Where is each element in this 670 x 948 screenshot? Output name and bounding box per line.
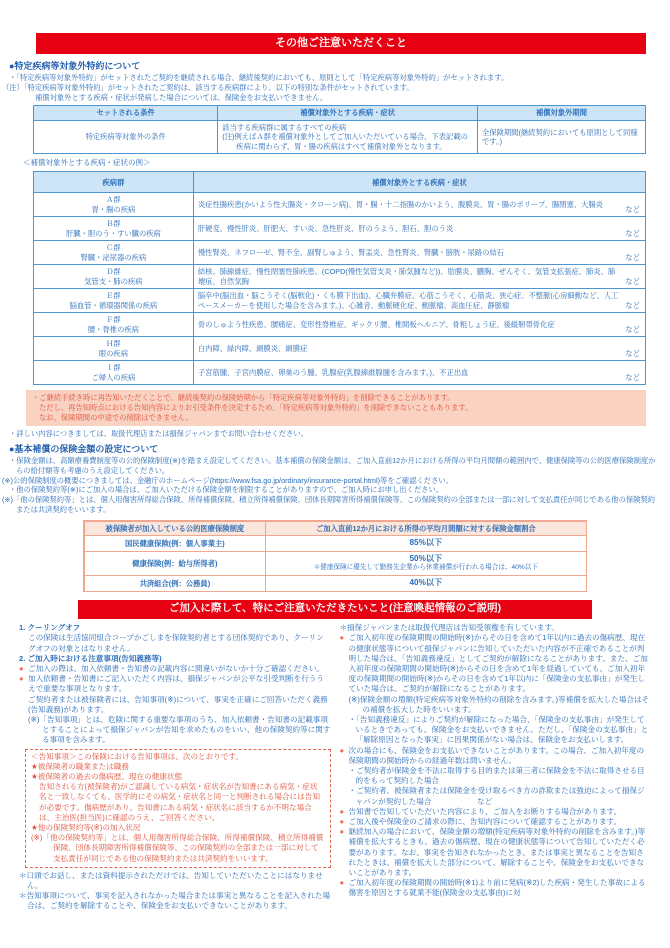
disease-row: Ｆ群 腰・脊椎の疾病 骨のしゅよう性疾患、腰痛症、変形性脊椎症、ギックリ腰、椎間… — [34, 312, 645, 336]
section1-line3: 補償対象外とする疾病・症状が発病した場合については、保険金をお支払いできません。 — [9, 93, 661, 103]
ratio-note: ＊健康保険に優先して勤務先企業から休業補償が行われる場合は、40%以下 — [314, 564, 538, 573]
example-label: ＜補償対象外とする疾病・症状の例＞ — [23, 157, 661, 168]
bullet-icon: ● — [340, 878, 345, 888]
section1-heading: ●特定疾病等対象外特約について — [9, 59, 661, 72]
page-title-banner: その他ご注意いただくこと — [36, 33, 646, 54]
ratio-row: 国民健康保険(例：個人事業主) 85%以下 — [84, 535, 586, 551]
disease-etc-suffix: など — [625, 373, 640, 382]
disease-etc-suffix: など — [625, 301, 640, 310]
section2-line3: ・他の保険契約等(※)にご加入の場合は、ご加入いただける保険金額を制限することが… — [9, 485, 661, 495]
renewal-notice-line2: ただし、再告知時点における告知内容によりお引受条件を決定するため、「特定疾病等対… — [32, 403, 640, 413]
disease-group-cell: Ｄ群 気管支・肺の疾病 — [34, 265, 193, 288]
disease-group-category: 胃・腸の疾病 — [92, 205, 136, 214]
right-note-1: (※)保険金額の増額(特定疾病等対象外特約の削除を含みます。)等補償を拡大した場… — [340, 695, 652, 715]
disclosure-star-3-note: (※)「他の保険契約等」とは、個人用傷害所得総合保険、所得補償保険、積立所得補償… — [31, 833, 325, 864]
disease-table-header: 疾病群 補償対象外とする疾病・症状 — [34, 172, 645, 192]
disease-group-cell: Ｃ群 腎臓・泌尿器の疾病 — [34, 241, 193, 264]
right-bullet-2: ●次の場合にも、保険金をお支払いできないことがあります。この場合、ご加入初年度の… — [340, 746, 652, 766]
ratio-cell: 40%以下 — [265, 576, 586, 591]
disease-group-cell: Ｂ群 肝臓・胆のう・すい臓の疾病 — [34, 217, 193, 240]
scope-cell: 該当する疾病群に属するすべての疾病 (注)例えばＡ群を補償対象外としてご加入いた… — [217, 121, 477, 153]
right-dash-2: ・ご契約者が保険金を不法に取得する目的または第三者に保険金を不法に取得させる目的… — [340, 766, 652, 786]
disease-group-cell: Ｅ群 脳血管・循環器関係の疾病 — [34, 289, 193, 312]
disclosure-star-1: ★被保険者の職業または職務 — [31, 762, 325, 772]
ratio-value: 40%以下 — [409, 578, 442, 589]
disease-row: Ｄ群 気管支・肺の疾病 結核、肺線維症、慢性閉塞性肺疾患、(COPD(慢性気管支… — [34, 264, 645, 288]
disease-group-category: 腎臓・泌尿器の疾病 — [81, 253, 147, 262]
section1-line2: （注）「特定疾病等対象外特約」がセットされたご契約は、該当する疾病群により、以下… — [9, 83, 661, 93]
caution-banner: ご加入に際して、特にご注意いただきたいこと(注意喚起情報のご説明) — [78, 600, 592, 620]
ratio-row: 共済組合(例：公務員) 40%以下 — [84, 575, 586, 591]
disease-list-text: 慢性腎炎、ネフローゼ、腎不全、副腎しゅよう、腎盂炎、急性腎炎、腎臓・膀胱・尿路の… — [198, 248, 621, 257]
right-bullet-4: ●ご加入後や保険金のご請求の際に、告知内容について確認することがあります。 — [340, 817, 652, 827]
system-cell: 健康保険(例：給与所得者) — [84, 552, 265, 575]
insurance-ratio-table: 被保険者が加入している公的医療保険制度 ご加入直前12か月における所得の平均月間… — [83, 520, 587, 592]
disease-list-cell: 骨のしゅよう性疾患、腰痛症、変形性脊椎症、ギックリ腰、椎間板ヘルニア、骨粗しょう… — [193, 313, 645, 336]
right-bullet-5-text: 継続加入の場合において、保険金額の増額(特定疾病等対象外特約の削除を含みます。)… — [349, 827, 646, 877]
condition-header-cell: セットされる条件 — [34, 106, 217, 119]
caution-columns: 1. クーリングオフ この保険は生活協同組合コープかごしまを保険契約者とする団体… — [9, 623, 661, 911]
disease-etc-suffix: など — [625, 325, 640, 334]
left-bullet-1-text: ご加入の際は、加入依頼書・告知書の記載内容に間違いがないか十分ご確認ください。 — [28, 664, 324, 673]
disease-list-cell: 脳卒中(脳出血・脳こうそく(脳軟化)・くも膜下出血)、心臓弁膜症、心筋こうそく、… — [193, 289, 645, 312]
condition-table: セットされる条件 補償対象外とする疾病・症状 補償対象外期間 特定疾病等対象外の… — [33, 105, 646, 154]
disease-group-label: Ｉ群 — [106, 363, 121, 372]
ratio-value: 50%以下 — [409, 554, 442, 565]
ratio-table-body: 国民健康保険(例：個人事業主) 85%以下 健康保険(例：給与所得者) 50%以… — [84, 535, 586, 591]
section2-line4: (※)「他の保険契約等」とは、個人用傷害所得総合保険、所得補償保険、積立所得補償… — [9, 495, 661, 515]
disease-group-label: Ｆ群 — [106, 315, 121, 324]
disease-group-label: Ｄ群 — [106, 267, 121, 276]
disease-group-label: Ａ群 — [106, 195, 121, 204]
left-bullet-1: ●ご加入の際は、加入依頼書・告知書の記載内容に間違いがないか十分ご確認ください。 — [19, 664, 331, 674]
system-header-cell: 被保険者が加入している公的医療保険制度 — [84, 522, 265, 535]
left-bullet-2-text: 加入依頼書・告知書にご記入いただく内容は、損保ジャパンが公平な引受判断を行ううえ… — [28, 674, 324, 693]
bullet-icon: ● — [340, 746, 345, 756]
disease-row: Ｉ群 ご婦人の疾病 子宮筋腫、子宮内膜症、卵巣のう腫、乳腺症(乳腺線維腺腫を含み… — [34, 360, 645, 384]
period-cell: 全保険期間(継続契約においても原則として同様です。) — [477, 121, 645, 153]
right-bullet-5: ●継続加入の場合において、保険金額の増額(特定疾病等対象外特約の削除を含みます。… — [340, 827, 652, 878]
disease-list-text: 炎症性腸疾患(かいよう性大腸炎・クローン病)、胃・腸・十二指腸のかいよう、腹膜炎… — [198, 200, 621, 209]
scope-header-cell: 補償対象外とする疾病・症状 — [217, 106, 477, 119]
renewal-notice-line3: なお、保険期間の中途での削除はできません。 — [32, 413, 640, 423]
disease-row: Ａ群 胃・腸の疾病 炎症性腸疾患(かいよう性大腸炎・クローン病)、胃・腸・十二指… — [34, 192, 645, 216]
disease-etc-suffix: など — [625, 205, 640, 214]
disease-group-cell: Ｈ群 眼の疾病 — [34, 337, 193, 360]
right-dash-1: ・「告知義務違反」によりご契約が解除になった場合、「保険金の支払事由」が発生して… — [340, 715, 652, 746]
disease-list-cell: 結核、肺線維症、慢性閉塞性肺疾患、(COPD(慢性気管支炎・肺気腫など))、肋膜… — [193, 265, 645, 288]
caution-left-column: 1. クーリングオフ この保険は生活協同組合コープかごしまを保険契約者とする団体… — [19, 623, 331, 911]
renewal-notice-box: ・ご継続手続き時に再告知いただくことで、継続後契約の保険始期から「特定疾病等対象… — [26, 390, 646, 426]
disease-row: Ｅ群 脳血管・循環器関係の疾病 脳卒中(脳出血・脳こうそく(脳軟化)・くも膜下出… — [34, 288, 645, 312]
section2-line1: ・保険金額は、高額療養費制度等の公的保険制度(※)を踏まえ設定してください。基本… — [9, 456, 661, 476]
disease-group-category: 眼の疾病 — [99, 349, 128, 358]
disease-group-category: ご婦人の疾病 — [92, 373, 136, 382]
disease-etc-suffix: など — [625, 349, 640, 358]
disease-group-label: Ｃ群 — [106, 243, 121, 252]
bullet-icon: ● — [340, 817, 345, 827]
disease-etc-suffix: など — [625, 277, 640, 286]
disease-list-header: 補償対象外とする疾病・症状 — [193, 172, 645, 192]
ratio-row: 健康保険(例：給与所得者) 50%以下 ＊健康保険に優先して勤務先企業から休業補… — [84, 551, 586, 575]
disease-group-cell: Ａ群 胃・腸の疾病 — [34, 193, 193, 216]
ratio-cell: 85%以下 — [265, 536, 586, 551]
disease-etc-suffix: など — [625, 229, 640, 238]
renewal-notice-line1: ・ご継続手続き時に再告知いただくことで、継続後契約の保険始期から「特定疾病等対象… — [32, 393, 640, 403]
disease-group-category: 気管支・肺の疾病 — [84, 277, 142, 286]
disease-list-text: 子宮筋腫、子宮内膜症、卵巣のう腫、乳腺症(乳腺線維腺腫を含みます。)、不正出血 — [198, 368, 621, 377]
disease-group-cell: Ｉ群 ご婦人の疾病 — [34, 361, 193, 384]
right-bullet-1: ●ご加入初年度の保険期間の開始時(※)からその日を含めて1年以内に過去の傷病歴、… — [340, 633, 652, 694]
bullet-icon: ● — [340, 633, 345, 643]
left-asterisk-note-1: ＊口頭でお話し、または資料提示されただけでは、告知していただいたことにはなりませ… — [19, 871, 331, 891]
left-duty-body: ご契約者または被保険者には、告知事項(※)について、事実を正確にご回答いただく義… — [19, 695, 331, 715]
right-asterisk-note: ＊損保ジャパンまたは取扱代理店は告知受領権を有しています。 — [340, 623, 652, 633]
disease-list-cell: 肝硬変、慢性肝炎、肝肥大、すい炎、急性肝炎、肝のうよう、胆石、胆のう炎 など — [193, 217, 645, 240]
disease-list-text: 結核、肺線維症、慢性閉塞性肺疾患、(COPD(慢性気管支炎・肺気腫など))、肋膜… — [198, 267, 621, 286]
disease-list-text: 肝硬変、慢性肝炎、肝肥大、すい炎、急性肝炎、肝のうよう、胆石、胆のう炎 — [198, 224, 621, 233]
disease-row: Ｈ群 眼の疾病 白内障、緑内障、網膜炎、網膜症 など — [34, 336, 645, 360]
disclosure-star-3: ★他の保険契約等(※)の加入状況 — [31, 823, 325, 833]
right-bullet-3: ●告知書で告知していただいた内容により、ご加入をお断りする場合があります。 — [340, 807, 652, 817]
disease-group-header: 疾病群 — [34, 172, 193, 192]
right-bullet-3-text: 告知書で告知していただいた内容により、ご加入をお断りする場合があります。 — [349, 807, 622, 816]
section2-heading: ●基本補償の保険金額の設定について — [9, 442, 661, 455]
system-cell: 共済組合(例：公務員) — [84, 576, 265, 591]
disease-group-cell: Ｆ群 腰・脊椎の疾病 — [34, 313, 193, 336]
cooling-off-heading: 1. クーリングオフ — [19, 623, 331, 633]
notification-heading: 2. ご加入時における注意事項(告知義務等) — [19, 654, 331, 664]
scope-line1: 該当する疾病群に属するすべての疾病 — [222, 123, 346, 132]
bullet-icon: ● — [19, 664, 24, 674]
disease-etc-suffix: など — [625, 253, 640, 262]
disease-list-text: 脳卒中(脳出血・脳こうそく(脳軟化)・くも膜下出血)、心臓弁膜症、心筋こうそく、… — [198, 291, 621, 310]
ratio-table-header: 被保険者が加入している公的医療保険制度 ご加入直前12か月における所得の平均月間… — [84, 521, 586, 535]
bullet-icon: ● — [19, 674, 24, 684]
disease-group-category: 腰・脊椎の疾病 — [88, 325, 139, 334]
disease-group-label: Ｅ群 — [106, 291, 121, 300]
condition-cell: 特定疾病等対象外の条件 — [34, 121, 217, 153]
disease-list-cell: 慢性腎炎、ネフローゼ、腎不全、副腎しゅよう、腎盂炎、急性腎炎、腎臓・膀胱・尿路の… — [193, 241, 645, 264]
right-bullet-6-text: ご加入初年度の保険期間の開始時(※1)より前に発病(※2)した疾病・発生した事故… — [349, 878, 646, 897]
disclosure-box-title: ＜告知事項＞この保険における告知事項は、次のとおりです。 — [31, 752, 325, 762]
disease-group-label: Ｈ群 — [106, 339, 121, 348]
cooling-off-body: この保険は生活協同組合コープかごしまを保険契約者とする団体契約であり、クーリング… — [19, 633, 331, 653]
period-header-cell: 補償対象外期間 — [477, 106, 645, 119]
disclosure-items-box: ＜告知事項＞この保険における告知事項は、次のとおりです。 ★被保険者の職業または… — [25, 749, 331, 868]
disease-table-body: Ａ群 胃・腸の疾病 炎症性腸疾患(かいよう性大腸炎・クローン病)、胃・腸・十二指… — [34, 192, 645, 384]
disease-group-label: Ｂ群 — [106, 219, 121, 228]
left-bullet-2: ●加入依頼書・告知書にご記入いただく内容は、損保ジャパンが公平な引受判断を行うう… — [19, 674, 331, 694]
ratio-header-cell: ご加入直前12か月における所得の平均月間額に対する保険金額割合 — [265, 522, 586, 535]
disease-row: Ｂ群 肝臓・胆のう・すい臓の疾病 肝硬変、慢性肝炎、肝肥大、すい炎、急性肝炎、肝… — [34, 216, 645, 240]
section1-line1: ・「特定疾病等対象外特約」がセットされたご契約を継続される場合、継続後契約におい… — [9, 73, 661, 83]
right-bullet-4-text: ご加入後や保険金のご請求の際に、告知内容について確認することがあります。 — [349, 817, 622, 826]
condition-table-header: セットされる条件 補償対象外とする疾病・症状 補償対象外期間 — [34, 106, 645, 119]
caution-right-column: ＊損保ジャパンまたは取扱代理店は告知受領権を有しています。 ●ご加入初年度の保険… — [340, 623, 652, 911]
ratio-value: 85%以下 — [409, 538, 442, 549]
disease-list-text: 骨のしゅよう性疾患、腰痛症、変形性脊椎症、ギックリ腰、椎間板ヘルニア、骨粗しょう… — [198, 320, 621, 329]
left-duty-note: (※)「告知事項」とは、危険に関する重要な事項のうち、加入依頼書・告知書の記載事… — [19, 715, 331, 746]
bullet-icon: ● — [340, 807, 345, 817]
left-asterisk-note-2: ＊告知事項について、事実を記入されなかった場合または事実と異なることを記入された… — [19, 891, 331, 911]
section2-line2: (※)公的保険制度の概要につきましては、金融庁のホームページ(https://w… — [9, 476, 661, 486]
right-bullet-1-text: ご加入初年度の保険期間の開始時(※)からその日を含めて1年以内に過去の傷病歴、現… — [349, 633, 648, 693]
system-cell: 国民健康保険(例：個人事業主) — [84, 536, 265, 551]
condition-table-row: 特定疾病等対象外の条件 該当する疾病群に属するすべての疾病 (注)例えばＡ群を補… — [34, 120, 645, 153]
disease-row: Ｃ群 腎臓・泌尿器の疾病 慢性腎炎、ネフローゼ、腎不全、副腎しゅよう、腎盂炎、急… — [34, 240, 645, 264]
disease-list-cell: 子宮筋腫、子宮内膜症、卵巣のう腫、乳腺症(乳腺線維腺腫を含みます。)、不正出血 … — [193, 361, 645, 384]
right-dash-3: ・ご契約者、被保険者または保険金を受け取るべき方の詐欺または強迫によって損保ジャ… — [340, 786, 652, 806]
notice-page: その他ご注意いただくこと ●特定疾病等対象外特約について ・「特定疾病等対象外特… — [0, 33, 670, 912]
disclosure-star-2: ★被保険者の過去の傷病歴、現在の健康状態 — [31, 772, 325, 782]
right-bullet-2-text: 次の場合にも、保険金をお支払いできないことがあります。この場合、ご加入初年度の保… — [349, 746, 645, 765]
disease-list-text: 白内障、緑内障、網膜炎、網膜症 — [198, 344, 621, 353]
disease-list-cell: 炎症性腸疾患(かいよう性大腸炎・クローン病)、胃・腸・十二指腸のかいよう、腹膜炎… — [193, 193, 645, 216]
scope-line2: (注)例えばＡ群を補償対象外としてご加入いただいている場合、下表記載の疾病に関わ… — [222, 132, 473, 151]
right-bullet-6: ●ご加入初年度の保険期間の開始時(※1)より前に発病(※2)した疾病・発生した事… — [340, 878, 652, 898]
disease-list-cell: 白内障、緑内障、網膜炎、網膜症 など — [193, 337, 645, 360]
contact-note: ・詳しい内容につきましては、取扱代理店または損保ジャパンまでお問い合わせください… — [9, 429, 661, 439]
bullet-icon: ● — [340, 827, 345, 837]
disease-group-category: 肝臓・胆のう・すい臓の疾病 — [66, 229, 161, 238]
disclosure-star-2-body: 告知される方(被保険者)がご認識している病気・症状名が告知書にある病気・症状名と… — [31, 782, 325, 823]
disease-table: 疾病群 補償対象外とする疾病・症状 Ａ群 胃・腸の疾病 炎症性腸疾患(かいよう性… — [33, 171, 646, 385]
ratio-cell: 50%以下 ＊健康保険に優先して勤務先企業から休業補償が行われる場合は、40%以… — [265, 552, 586, 575]
disease-group-category: 脳血管・循環器関係の疾病 — [70, 301, 158, 310]
